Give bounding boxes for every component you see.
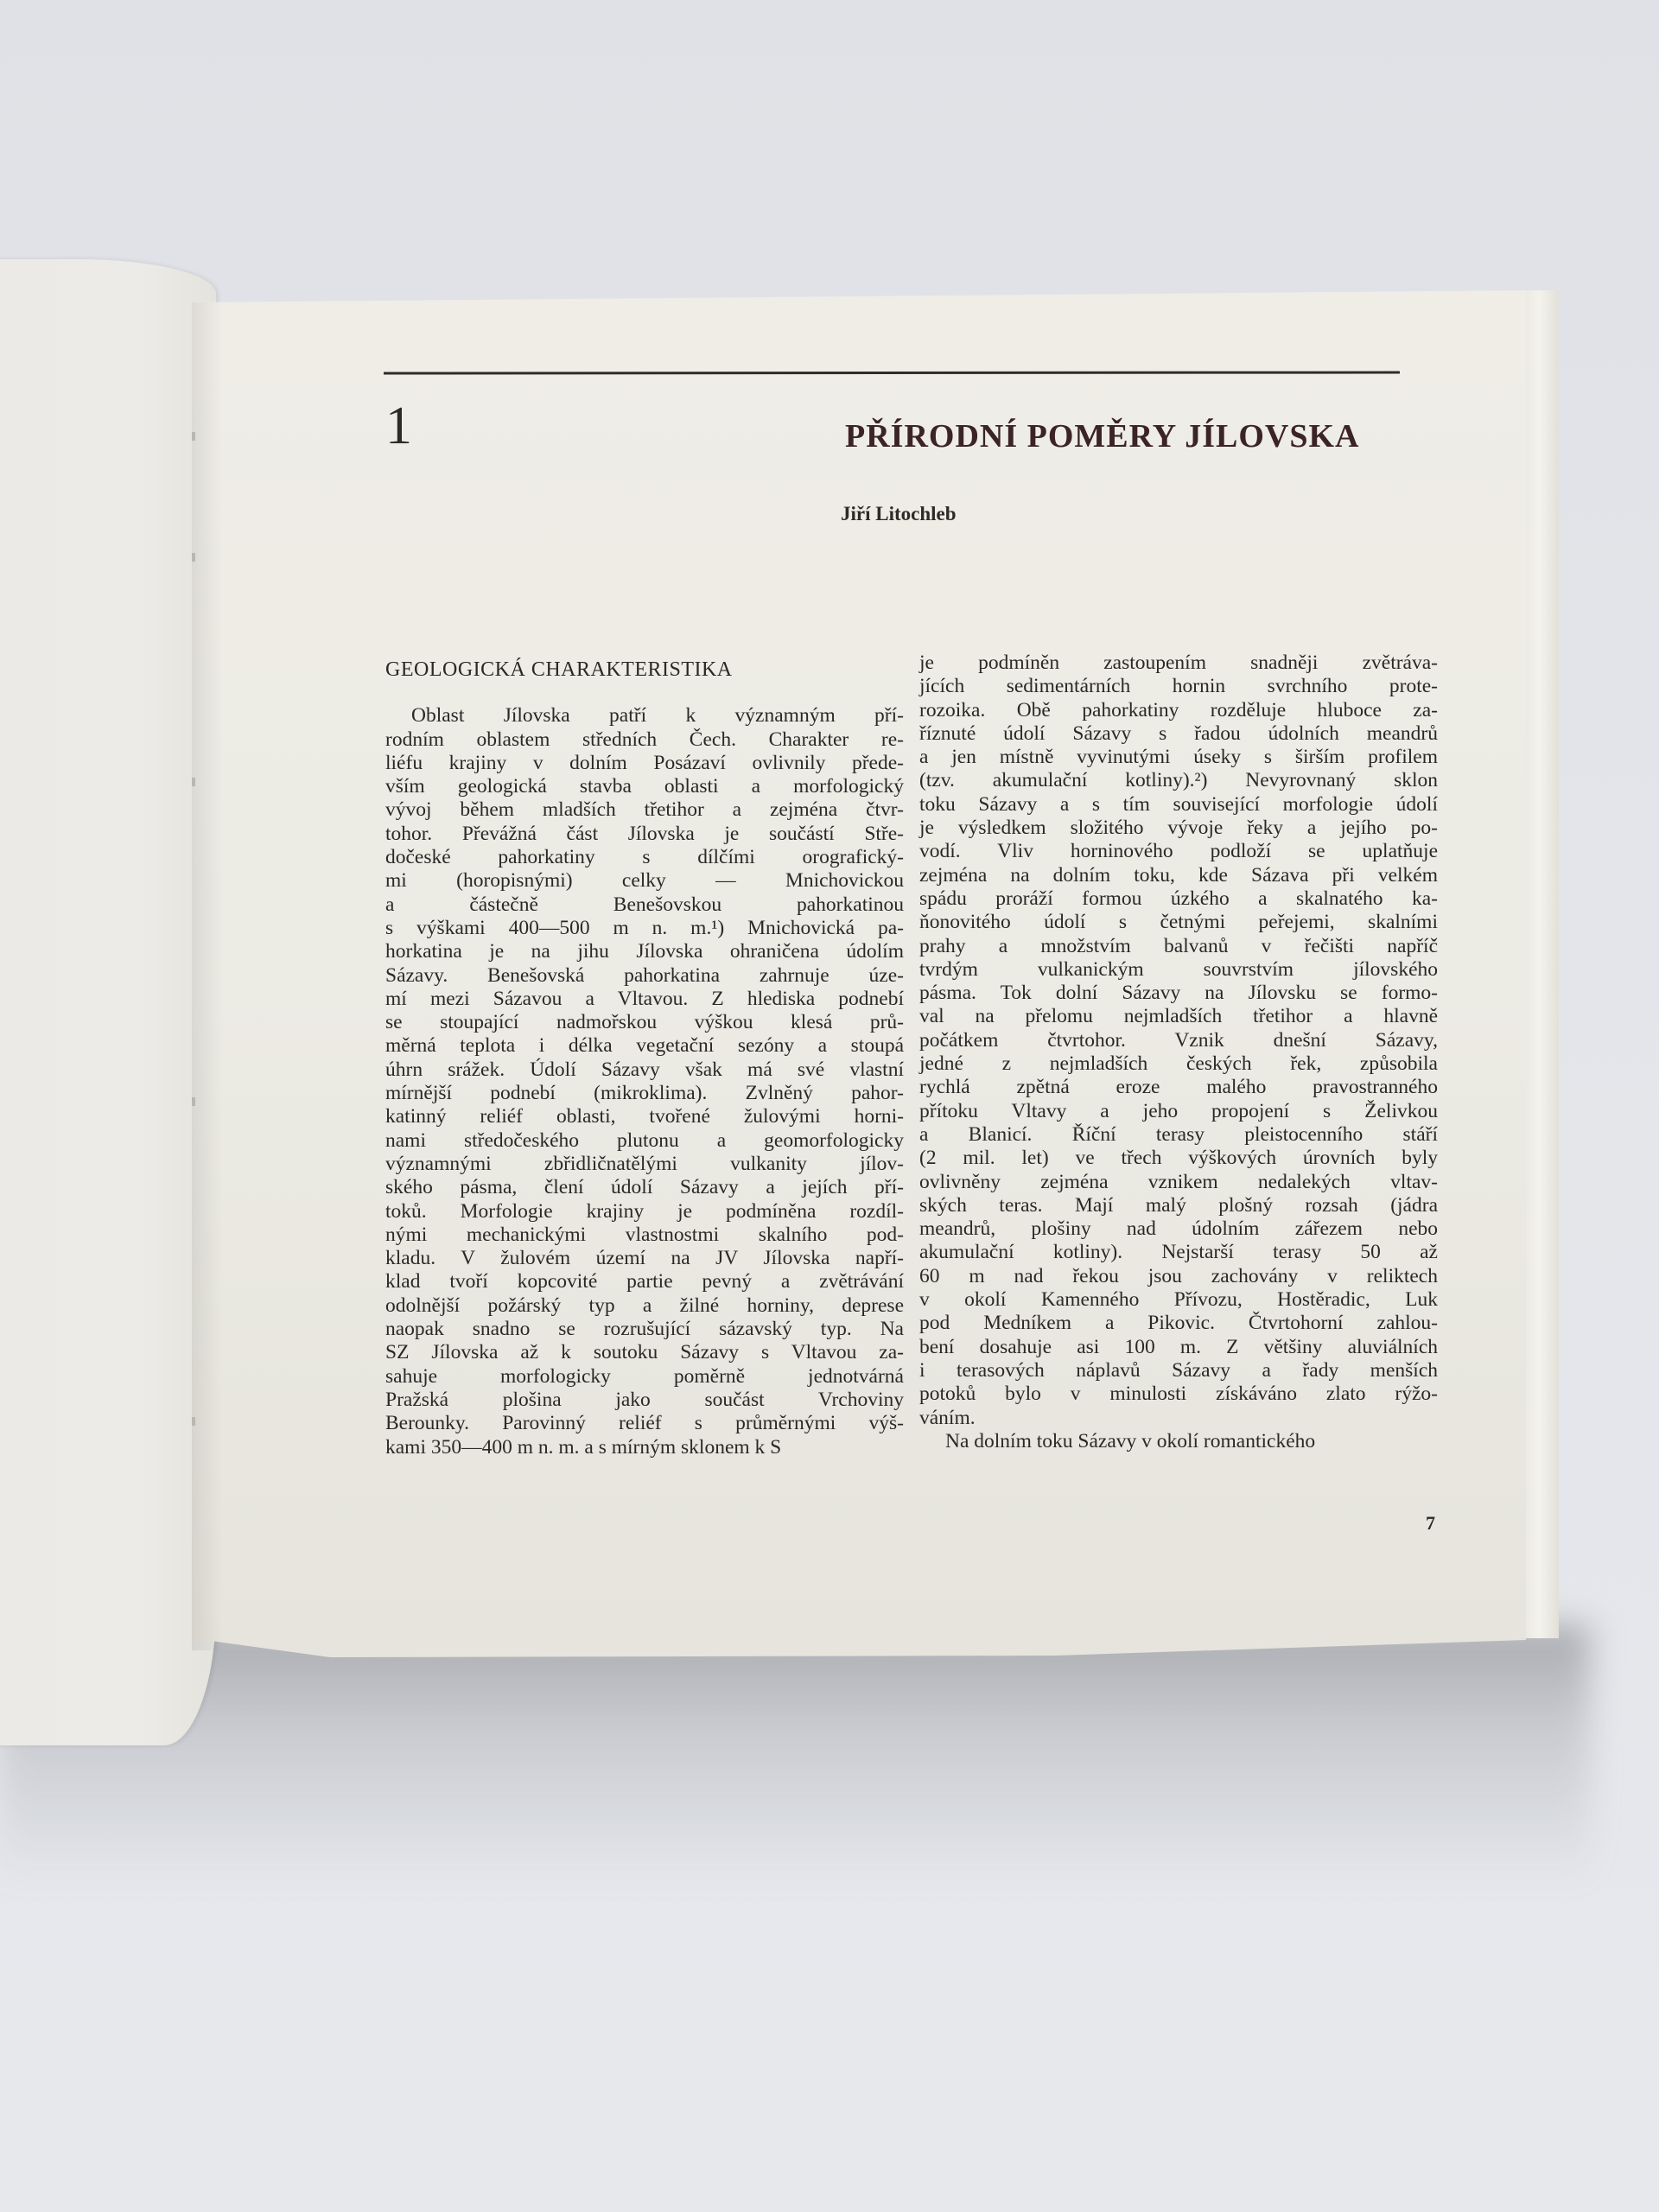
page-gutter <box>192 302 223 1650</box>
text-line: ských teras. Mají malý plošný rozsah (já… <box>919 1194 1438 1217</box>
page-stack-edge <box>1521 290 1559 1638</box>
binding-stitch <box>192 1097 195 1106</box>
text-line: tohor. Převážná část Jílovska je součást… <box>385 823 904 846</box>
text-line: Sázavy. Benešovská pahorkatina zahrnuje … <box>385 964 904 988</box>
text-line: vývoj během mladších třetihor a zejména … <box>385 798 904 822</box>
text-line: rozoika. Obě pahorkatiny rozděluje hlubo… <box>919 699 1438 722</box>
left-column-body: Oblast Jílovska patří k významným pří-ro… <box>385 704 904 1459</box>
text-line: a Blanicí. Říční terasy pleistocenního s… <box>919 1123 1438 1147</box>
text-line: a jen místně vyvinutými úseky s širším p… <box>919 746 1438 769</box>
text-line: Na dolním toku Sázavy v okolí romantické… <box>919 1430 1438 1453</box>
text-line: akumulační kotliny). Nejstarší terasy 50… <box>919 1241 1438 1264</box>
chapter-title: PŘÍRODNÍ POMĚRY JÍLOVSKA <box>845 420 1360 453</box>
binding-stitch <box>192 432 195 441</box>
text-line: dočeské pahorkatiny s dílčími orografick… <box>385 846 904 869</box>
text-line: říznuté údolí Sázavy s řadou údolních me… <box>919 722 1438 746</box>
text-line: spádu proráží formou úzkého a skalnatého… <box>919 887 1438 911</box>
text-line: Oblast Jílovska patří k významným pří- <box>385 704 904 728</box>
text-line: úhrn srážek. Údolí Sázavy však má své vl… <box>385 1058 904 1082</box>
text-line: SZ Jílovska až k soutoku Sázavy s Vltavo… <box>385 1341 904 1364</box>
text-line: katinný reliéf oblasti, tvořené žulovými… <box>385 1105 904 1128</box>
text-line: Berounky. Parovinný reliéf s průměrnými … <box>385 1412 904 1435</box>
text-line: (tzv. akumulační kotliny).²) Nevyrovnaný… <box>919 769 1438 792</box>
text-line: vším geologická stavba oblasti a morfolo… <box>385 775 904 798</box>
text-line: i terasových náplavů Sázavy a řady menší… <box>919 1359 1438 1382</box>
text-line: nami středočeského plutonu a geomorfolog… <box>385 1129 904 1153</box>
text-line: je podmíněn zastoupením snadněji zvětráv… <box>919 652 1438 675</box>
text-line: 60 m nad řekou jsou zachovány v reliktec… <box>919 1265 1438 1288</box>
text-line: toků. Morfologie krajiny je podmíněna ro… <box>385 1200 904 1224</box>
text-line: (2 mil. let) ve třech výškových úrovních… <box>919 1147 1438 1170</box>
chapter-number: 1 <box>385 399 412 453</box>
text-line: váním. <box>919 1407 1438 1430</box>
text-line: významnými zbřidličnatělými vulkanity jí… <box>385 1153 904 1176</box>
text-line: prahy a množstvím balvanů v řečišti např… <box>919 935 1438 958</box>
binding-stitch <box>192 553 195 562</box>
author-name: Jiří Litochleb <box>841 503 957 525</box>
text-line: ovlivněny zejména vznikem nedalekých vlt… <box>919 1171 1438 1194</box>
text-line: počátkem čtvrtohor. Vznik dnešní Sázavy, <box>919 1029 1438 1052</box>
text-line: mí mezi Sázavou a Vltavou. Z hlediska po… <box>385 988 904 1011</box>
text-line: kami 350—400 m n. m. a s mírným sklonem … <box>385 1436 904 1459</box>
left-text-column: GEOLOGICKÁ CHARAKTERISTIKA Oblast Jílovs… <box>385 658 904 1459</box>
text-line: jících sedimentárních hornin svrchního p… <box>919 675 1438 698</box>
text-line: vodí. Vliv horninového podloží se uplatň… <box>919 840 1438 863</box>
text-line: rychlá zpětná eroze malého pravostrannéh… <box>919 1076 1438 1099</box>
text-line: klad tvoří kopcovité partie pevný a zvět… <box>385 1270 904 1294</box>
text-line: pod Medníkem a Pikovic. Čtvrtohorní zahl… <box>919 1312 1438 1335</box>
text-line: a částečně Benešovskou pahorkatinou <box>385 893 904 917</box>
text-line: sahuje morfologicky poměrně jednotvárná <box>385 1365 904 1389</box>
text-line: zejména na dolním toku, kde Sázava při v… <box>919 864 1438 887</box>
text-line: ňonovitého údolí s četnými peřejemi, ska… <box>919 911 1438 934</box>
text-line: horkatina je na jihu Jílovska ohraničena… <box>385 940 904 963</box>
right-text-column: je podmíněn zastoupením snadněji zvětráv… <box>919 652 1438 1453</box>
text-line: pásma. Tok dolní Sázavy na Jílovsku se f… <box>919 982 1438 1005</box>
text-line: meandrů, plošiny nad údolním zářezem neb… <box>919 1217 1438 1241</box>
text-line: mi (horopisnými) celky — Mnichovickou <box>385 869 904 893</box>
binding-stitch <box>192 1417 195 1426</box>
text-line: naopak snadno se rozrušující sázavský ty… <box>385 1318 904 1341</box>
left-page <box>0 259 216 1745</box>
text-line: toku Sázavy a s tím související morfolog… <box>919 793 1438 817</box>
text-line: mírnější podnebí (mikroklima). Zvlněný p… <box>385 1082 904 1105</box>
text-line: rodním oblastem středních Čech. Charakte… <box>385 728 904 752</box>
text-line: měrná teplota i délka vegetační sezóny a… <box>385 1034 904 1058</box>
text-line: se stoupající nadmořskou výškou klesá pr… <box>385 1011 904 1034</box>
text-line: potoků bylo v minulosti získáváno zlato … <box>919 1382 1438 1406</box>
text-line: Pražská plošina jako součást Vrchoviny <box>385 1389 904 1412</box>
book-shadow <box>0 1624 1590 1884</box>
text-line: v okolí Kamenného Přívozu, Hostěradic, L… <box>919 1288 1438 1312</box>
text-line: val na přelomu nejmladších třetihor a hl… <box>919 1005 1438 1028</box>
section-heading: GEOLOGICKÁ CHARAKTERISTIKA <box>385 658 904 682</box>
binding-stitch <box>192 778 195 786</box>
page-number: 7 <box>1426 1512 1435 1535</box>
right-column-body: je podmíněn zastoupením snadněji zvětráv… <box>919 652 1438 1453</box>
text-line: nými mechanickými vlastnostmi skalního p… <box>385 1224 904 1247</box>
text-line: kladu. V žulovém území na JV Jílovska na… <box>385 1247 904 1270</box>
text-line: jedné z nejmladších českých řek, způsobi… <box>919 1052 1438 1076</box>
text-line: liéfu krajiny v dolním Posázaví ovlivnil… <box>385 752 904 775</box>
text-line: tvrdým vulkanickým souvrstvím jílovského <box>919 958 1438 982</box>
text-line: je výsledkem složitého vývoje řeky a jej… <box>919 817 1438 840</box>
text-line: bení dosahuje asi 100 m. Z většiny aluvi… <box>919 1336 1438 1359</box>
text-line: ského pásma, člení údolí Sázavy a jejích… <box>385 1176 904 1199</box>
text-line: s výškami 400—500 m n. m.¹) Mnichovická … <box>385 917 904 940</box>
text-line: odolnější požárský typ a žilné horniny, … <box>385 1294 904 1318</box>
text-line: přítoku Vltavy a jeho propojení s Želivk… <box>919 1100 1438 1123</box>
